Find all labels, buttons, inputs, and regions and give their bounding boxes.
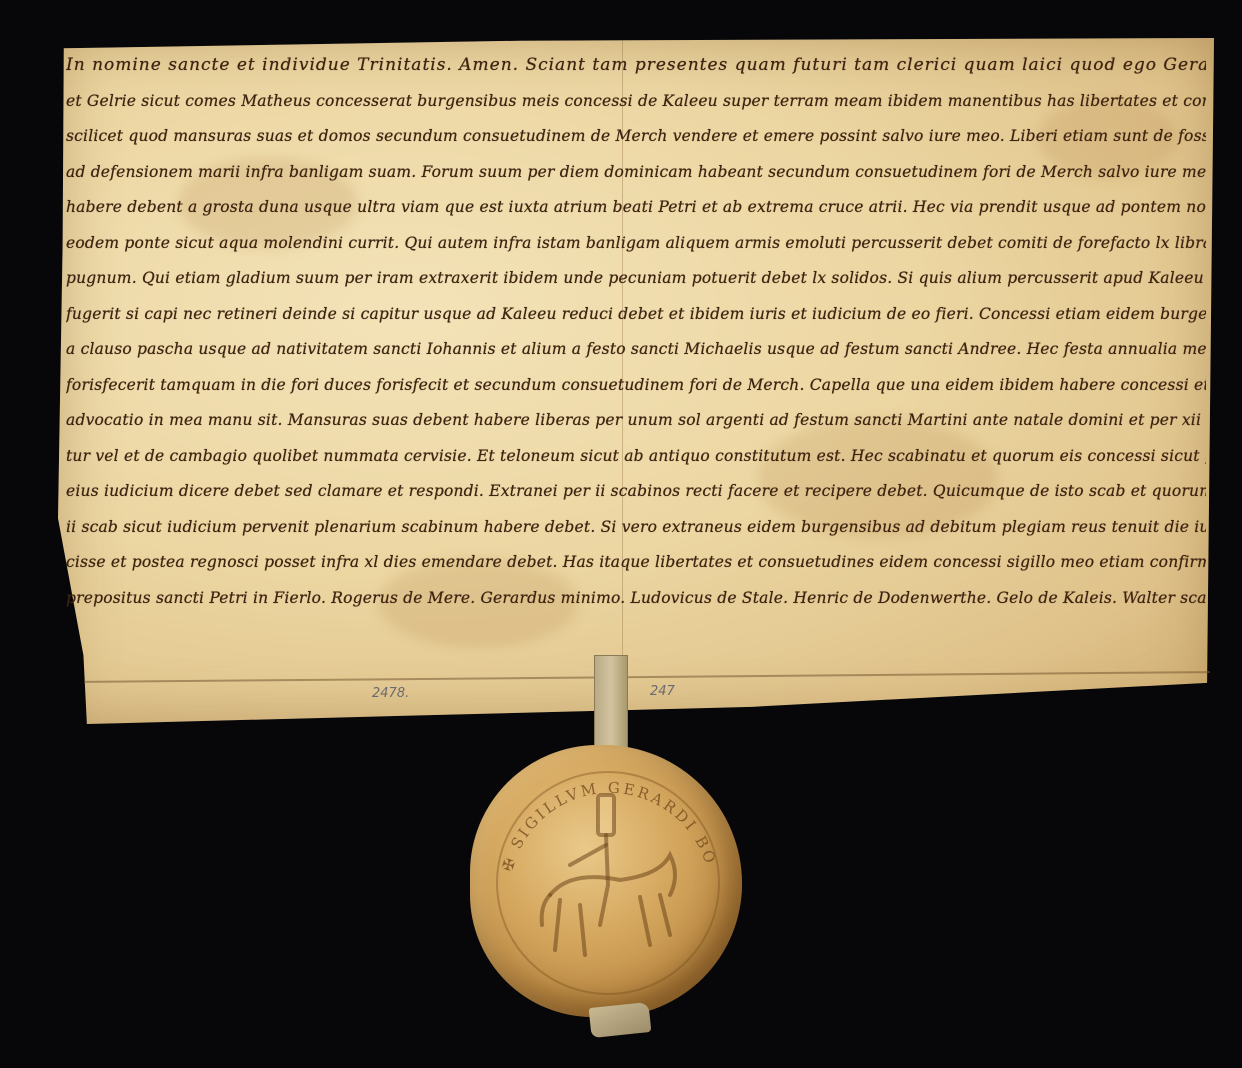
text-line: ad defensionem marii infra banligam suam…	[66, 155, 1206, 191]
text-line: cisse et postea regnosci posset infra xl…	[66, 545, 1206, 581]
archival-mark: 2478.	[372, 686, 409, 701]
text-line: eodem ponte sicut aqua molendini currit.…	[66, 226, 1206, 262]
text-line: fugerit si capi nec retineri deinde si c…	[66, 297, 1206, 333]
text-line: In nomine sancte et individue Trinitatis…	[66, 48, 1206, 84]
text-line: eius iudicium dicere debet sed clamare e…	[66, 474, 1206, 510]
text-line: habere debent a grosta duna usque ultra …	[66, 190, 1206, 226]
text-line: a clauso pascha usque ad nativitatem san…	[66, 332, 1206, 368]
text-line: et Gelrie sicut comes Matheus concessera…	[66, 84, 1206, 120]
charter-text: In nomine sancte et individue Trinitatis…	[66, 48, 1206, 616]
text-line: prepositus sancti Petri in Fierlo. Roger…	[66, 581, 1206, 617]
text-line: advocatio in mea manu sit. Mansuras suas…	[66, 403, 1206, 439]
archival-mark: 247	[650, 684, 675, 699]
equestrian-figure-icon	[530, 785, 690, 975]
text-line: scilicet quod mansuras suas et domos sec…	[66, 119, 1206, 155]
seal-tag-tail	[589, 1002, 652, 1038]
text-line: pugnum. Qui etiam gladium suum per iram …	[66, 261, 1206, 297]
text-line: forisfecerit tamquam in die fori duces f…	[66, 368, 1206, 404]
text-line: tur vel et de cambagio quolibet nummata …	[66, 439, 1206, 475]
text-line: ii scab sicut iudicium pervenit plenariu…	[66, 510, 1206, 546]
wax-seal: ✠ SIGILLVM GERARDI BOLON	[470, 745, 742, 1017]
